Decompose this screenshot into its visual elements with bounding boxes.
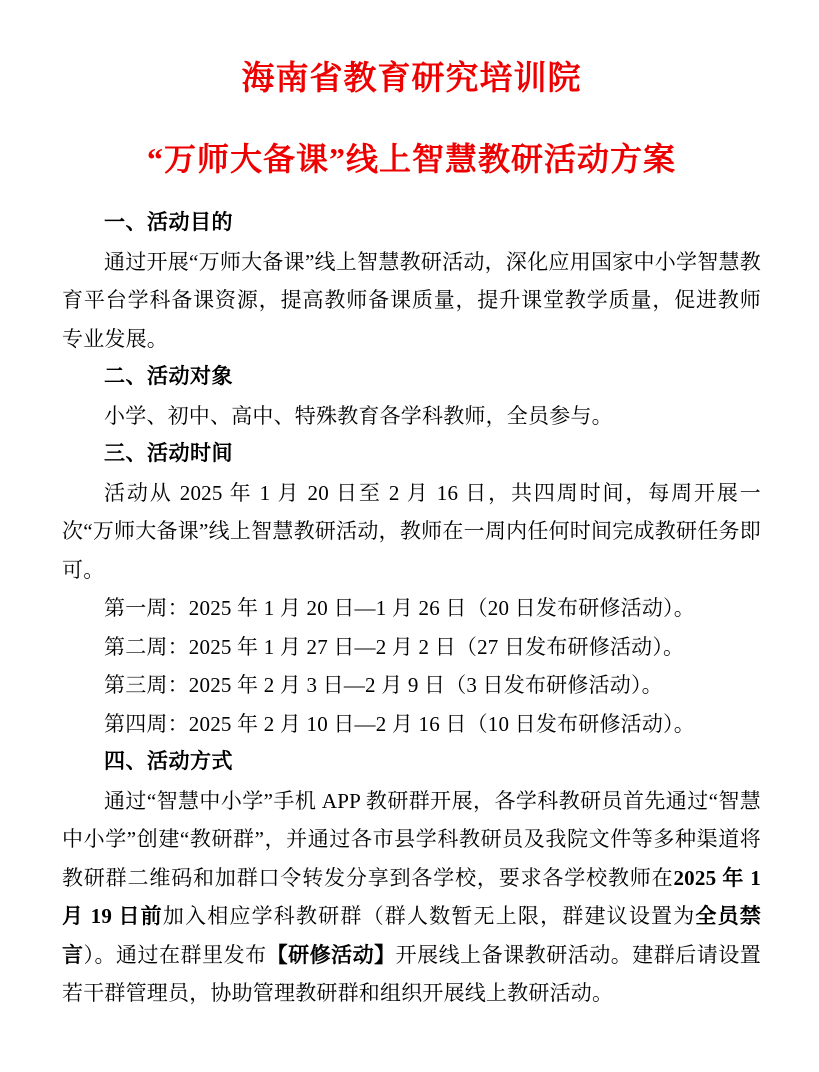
paragraph: 第四周：2025 年 2 月 10 日—2 月 16 日（10 日发布研修活动）… bbox=[62, 705, 761, 744]
text-run: 第二周：2025 年 1 月 27 日—2 月 2 日（27 日发布研修活动）。 bbox=[104, 635, 684, 659]
paragraph: 小学、初中、高中、特殊教育各学科教师，全员参与。 bbox=[62, 397, 761, 436]
text-run: 活动从 2025 年 1 月 20 日至 2 月 16 日，共四周时间，每周开展… bbox=[62, 481, 761, 582]
text-run: 通过“智慧中小学”手机 APP 教研群开展，各学科教研员首先通过“智慧中小学”创… bbox=[62, 789, 761, 890]
paragraph: 第三周：2025 年 2 月 3 日—2 月 9 日（3 日发布研修活动）。 bbox=[62, 666, 761, 705]
text-run: 第三周：2025 年 2 月 3 日—2 月 9 日（3 日发布研修活动）。 bbox=[104, 673, 663, 697]
document-body: 一、活动目的通过开展“万师大备课”线上智慧教研活动，深化应用国家中小学智慧教育平… bbox=[62, 204, 761, 1013]
text-run: 第一周：2025 年 1 月 20 日—1 月 26 日（20 日发布研修活动）… bbox=[104, 596, 695, 620]
paragraph: 通过开展“万师大备课”线上智慧教研活动，深化应用国家中小学智慧教育平台学科备课资… bbox=[62, 243, 761, 359]
section-heading-4: 四、活动方式 bbox=[62, 743, 761, 782]
document-subtitle: “万师大备课”线上智慧教研活动方案 bbox=[62, 136, 761, 182]
document-title: 海南省教育研究培训院 bbox=[62, 56, 761, 102]
text-run: ）。通过在群里发布 bbox=[84, 943, 267, 967]
bold-text-run: 【研修活动】 bbox=[267, 943, 396, 967]
text-run: 小学、初中、高中、特殊教育各学科教师，全员参与。 bbox=[104, 404, 613, 428]
text-run: 通过开展“万师大备课”线上智慧教研活动，深化应用国家中小学智慧教育平台学科备课资… bbox=[62, 250, 761, 351]
paragraph: 通过“智慧中小学”手机 APP 教研群开展，各学科教研员首先通过“智慧中小学”创… bbox=[62, 782, 761, 1013]
paragraph: 第一周：2025 年 1 月 20 日—1 月 26 日（20 日发布研修活动）… bbox=[62, 589, 761, 628]
section-heading-3: 三、活动时间 bbox=[62, 435, 761, 474]
section-heading-1: 一、活动目的 bbox=[62, 204, 761, 243]
paragraph: 第二周：2025 年 1 月 27 日—2 月 2 日（27 日发布研修活动）。 bbox=[62, 628, 761, 667]
text-run: 第四周：2025 年 2 月 10 日—2 月 16 日（10 日发布研修活动）… bbox=[104, 712, 695, 736]
text-run: 加入相应学科教研群（群人数暂无上限，群建议设置为 bbox=[163, 904, 696, 928]
document-page: 海南省教育研究培训院 “万师大备课”线上智慧教研活动方案 一、活动目的通过开展“… bbox=[0, 0, 819, 1072]
section-heading-2: 二、活动对象 bbox=[62, 358, 761, 397]
paragraph: 活动从 2025 年 1 月 20 日至 2 月 16 日，共四周时间，每周开展… bbox=[62, 474, 761, 590]
